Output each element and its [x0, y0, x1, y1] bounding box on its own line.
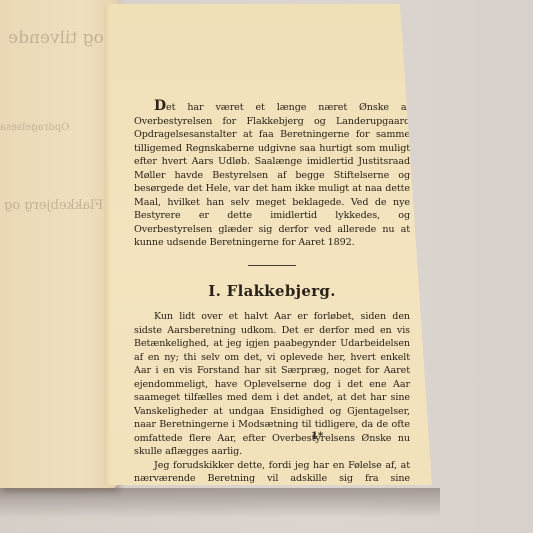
section-heading: I. Flakkebjerg.	[134, 285, 410, 299]
page-gutter	[104, 4, 110, 485]
bleed-through-text: Flakkebjerg og	[4, 198, 103, 213]
signature-mark: 1*	[311, 431, 323, 442]
drop-cap: D	[154, 98, 166, 114]
right-page: Det har været et længe næret Ønske af Ov…	[104, 4, 432, 485]
section-divider	[248, 265, 296, 266]
left-page: Til og tilvende Opdragelsesa Flakkebjerg…	[0, 0, 118, 488]
intro-paragraph: Det har været et længe næret Ønske af Ov…	[134, 100, 410, 250]
bleed-through-text: Opdragelsesa	[0, 122, 69, 133]
page-shadow	[0, 488, 440, 518]
page-body: Det har været et længe næret Ønske af Ov…	[134, 100, 410, 526]
body-paragraph: Kun lidt over et halvt Aar er forløbet, …	[134, 310, 410, 459]
intro-text: et har været et længe næret Ønske af Ove…	[134, 102, 410, 248]
